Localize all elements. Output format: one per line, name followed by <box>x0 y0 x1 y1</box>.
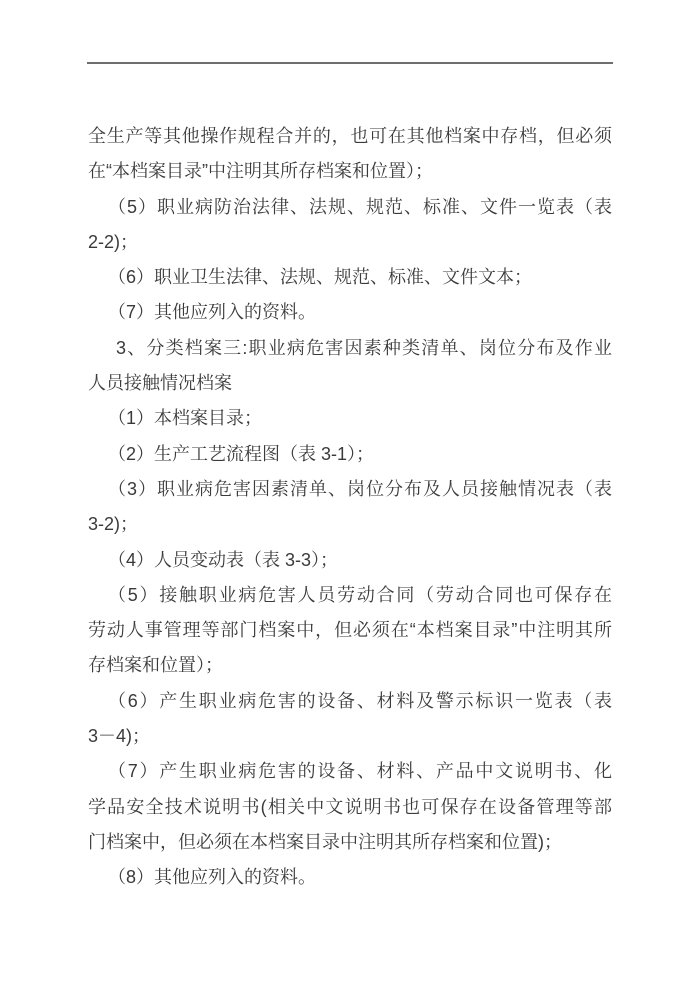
text-line: （6）职业卫生法律、法规、规范、标准、文件文本； <box>88 260 612 295</box>
text-line: （2）生产工艺流程图（表 3-1）； <box>88 437 612 472</box>
text-line: 学品安全技术说明书(相关中文说明书也可保存在设备管理等部 <box>88 790 612 825</box>
text-line: 人员接触情况档案 <box>88 366 612 401</box>
document-text: 全生产等其他操作规程合并的，也可在其他档案中存档，但必须 在“本档案目录”中注明… <box>88 119 612 896</box>
text-line: （5）接触职业病危害人员劳动合同（劳动合同也可保存在 <box>88 578 612 613</box>
text-line: 门档案中，但必须在本档案目录中注明其所存档案和位置)； <box>88 825 612 860</box>
text-line: 存档案和位置）； <box>88 648 612 683</box>
text-line: 2-2)； <box>88 225 612 260</box>
text-line: （3）职业病危害因素清单、岗位分布及人员接触情况表（表 <box>88 472 612 507</box>
text-line: 全生产等其他操作规程合并的，也可在其他档案中存档，但必须 <box>88 119 612 154</box>
text-line: （1）本档案目录； <box>88 401 612 436</box>
text-line: （8）其他应列入的资料。 <box>88 860 612 895</box>
text-line: 劳动人事管理等部门档案中，但必须在“本档案目录”中注明其所 <box>88 613 612 648</box>
text-line: 在“本档案目录”中注明其所存档案和位置）； <box>88 154 612 189</box>
text-line: 3-2)； <box>88 507 612 542</box>
text-line: （4）人员变动表（表 3-3）； <box>88 543 612 578</box>
text-line: （6）产生职业病危害的设备、材料及警示标识一览表（表 <box>88 684 612 719</box>
text-line: 3、分类档案三:职业病危害因素种类清单、岗位分布及作业 <box>88 331 612 366</box>
document-page: 全生产等其他操作规程合并的，也可在其他档案中存档，但必须 在“本档案目录”中注明… <box>0 0 700 990</box>
header-rule <box>87 62 613 64</box>
text-line: 3－4)； <box>88 719 612 754</box>
text-line: （7）产生职业病危害的设备、材料、产品中文说明书、化 <box>88 754 612 789</box>
text-line: （7）其他应列入的资料。 <box>88 295 612 330</box>
text-line: （5）职业病防治法律、法规、规范、标准、文件一览表（表 <box>88 190 612 225</box>
